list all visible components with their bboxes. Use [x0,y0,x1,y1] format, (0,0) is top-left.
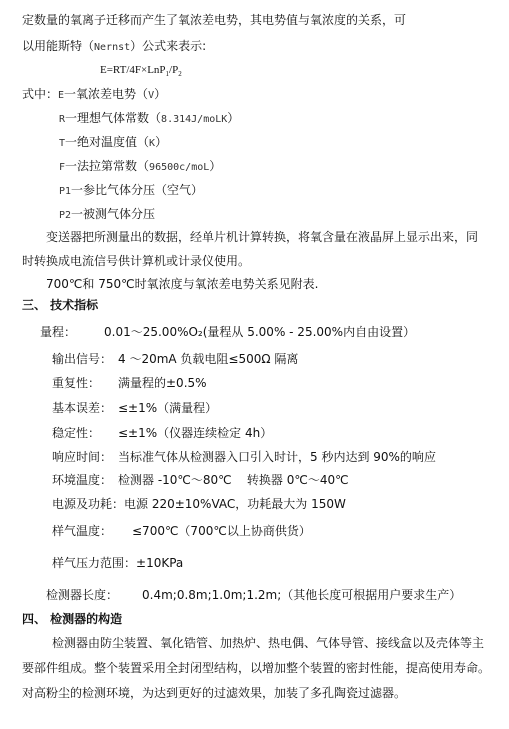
spec-value: ≤±1%（满量程） [118,401,217,415]
spec-value: 检测器 -10℃～80℃ 转换器 0℃～40℃ [118,473,349,487]
spec-value: 满量程的±0.5% [118,376,207,390]
section4-line-2: 要部件组成。整个装置采用全封闭型结构，以增加整个装置的密封性能，提高使用寿命。 [22,660,490,676]
spec-label: 重复性： [52,375,118,391]
spec-value: ≤±1%（仪器连续检定 4h） [118,426,272,440]
section4-title: 四、 检测器的构造 [22,611,122,627]
spec-label: 检测器长度： [46,587,142,603]
symbol: P2 [59,210,71,221]
spec-value: 0.4m;0.8m;1.0m;1.2m;（其他长度可根据用户要求生产） [142,588,461,602]
desc: 一氧浓差电势（ [64,87,148,101]
spec-basic-error: 基本误差：≤±1%（满量程） [52,400,217,416]
legend-item-p1: P1一参比气体分压（空气） [59,182,203,200]
spec-value: 0.01～25.00%O₂(量程从 5.00% - 25.00%内自由设置） [104,325,415,339]
spec-label: 输出信号： [52,351,118,367]
nernst-term: Nernst [94,42,130,53]
section3-title: 三、 技术指标 [22,297,98,313]
spec-value: 4 ～20mA 负载电阻≤500Ω 隔离 [118,352,298,366]
spec-value: ±10KPa [136,556,183,570]
formula-part: /P [169,64,178,76]
spec-value: ≤700℃（700℃以上协商供货） [132,524,311,538]
desc: 一参比气体分压（空气） [71,183,203,197]
intro-line-1: 定数量的氧离子迁移而产生了氧浓差电势，其电势值与氧浓度的关系，可 [22,12,406,28]
close: ） [155,135,167,149]
spec-range: 量程：0.01～25.00%O₂(量程从 5.00% - 25.00%内自由设置… [40,324,415,340]
spec-stability: 稳定性：≤±1%（仪器连续检定 4h） [52,425,272,441]
legend-item-f: F一法拉第常数（96500c/moL） [59,158,221,176]
spec-sample-temp: 样气温度：≤700℃（700℃以上协商供货） [52,523,311,539]
section4-line-3: 对高粉尘的检测环境，为达到更好的过滤效果，加装了多孔陶瓷过滤器。 [22,685,406,701]
spec-output: 输出信号：4 ～20mA 负载电阻≤500Ω 隔离 [52,351,298,367]
desc: 一被测气体分压 [71,207,155,221]
spec-response-time: 响应时间：当标准气体从检测器入口引入时计，5 秒内达到 90%的响应 [52,449,436,465]
spec-repeatability: 重复性：满量程的±0.5% [52,375,207,391]
intro-text: 以用能斯特（ [22,39,94,53]
spec-label: 样气压力范围： [52,555,136,571]
spec-label: 电源及功耗： [52,496,124,512]
spec-label: 样气温度： [52,523,132,539]
unit: 8.314J/moLK [161,114,227,125]
spec-label: 基本误差： [52,400,118,416]
spec-value: 电源 220±10%VAC，功耗最大为 150W [124,497,346,511]
spec-ambient-temp: 环境温度：检测器 -10℃～80℃ 转换器 0℃～40℃ [52,472,349,488]
spec-label: 稳定性： [52,425,118,441]
close: ） [209,159,221,173]
legend-prefix: 式中： [22,87,58,101]
close: ） [227,111,239,125]
nernst-formula: E=RT/4F×LnP1/P2 [100,62,182,82]
spec-label: 量程： [40,324,104,340]
para2-line-1: 变送器把所测量出的数据，经单片机计算转换，将氧含量在液晶屏上显示出来，同 [46,229,478,245]
intro-line-2: 以用能斯特（Nernst）公式来表示: [22,38,206,56]
spec-value: 当标准气体从检测器入口引入时计，5 秒内达到 90%的响应 [118,450,436,464]
spec-label: 环境温度： [52,472,118,488]
legend-item-r: R一理想气体常数（8.314J/moLK） [59,110,239,128]
para2-line-3: 700℃和 750℃时氧浓度与氧浓差电势关系见附表. [46,276,318,292]
spec-power: 电源及功耗：电源 220±10%VAC，功耗最大为 150W [52,496,346,512]
spec-label: 响应时间： [52,449,118,465]
legend-item-p2: P2一被测气体分压 [59,206,155,224]
desc: 一法拉第常数（ [65,159,149,173]
desc: 一理想气体常数（ [65,111,161,125]
formula-sub: 2 [178,70,182,78]
formula-part: E=RT/4F×LnP [100,64,166,76]
legend-item-t: T一绝对温度值（K） [59,134,167,152]
symbol: P1 [59,186,71,197]
intro-text: ）公式来表示: [130,39,206,53]
spec-sample-pressure: 样气压力范围：±10KPa [52,555,183,571]
close: ） [154,87,166,101]
desc: 一绝对温度值（ [65,135,149,149]
spec-detector-length: 检测器长度：0.4m;0.8m;1.0m;1.2m;（其他长度可根据用户要求生产… [46,587,461,603]
legend-item-e: 式中：E一氧浓差电势（V） [22,86,166,104]
section4-line-1: 检测器由防尘装置、氧化锆管、加热炉、热电偶、气体导管、接线盒以及壳体等主 [52,635,484,651]
unit: 96500c/moL [149,162,209,173]
para2-line-2: 时转换成电流信号供计算机或计录仪使用。 [22,253,250,269]
